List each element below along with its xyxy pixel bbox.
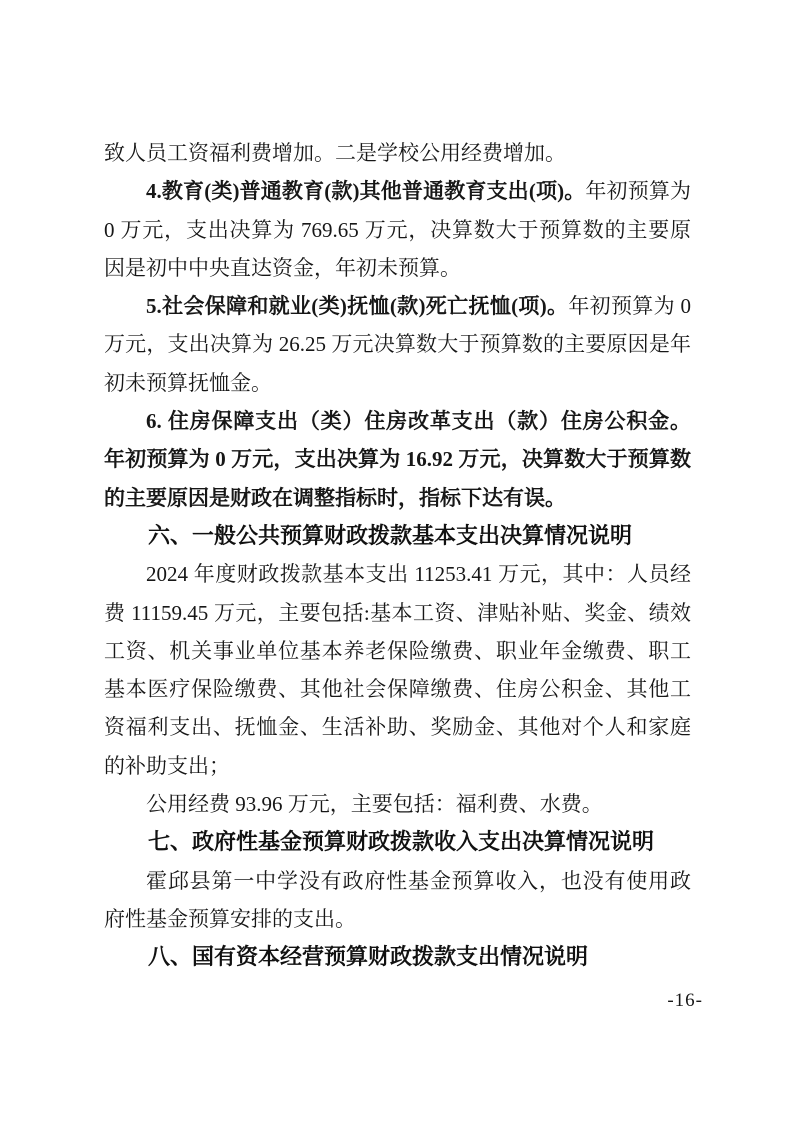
heading-section-six: 六、一般公共预算财政拨款基本支出决算情况说明 bbox=[104, 517, 691, 555]
item6-text: 6. 住房保障支出（类）住房改革支出（款）住房公积金。年初预算为 0 万元，支出… bbox=[104, 409, 691, 510]
heading-section-eight: 八、国有资本经营预算财政拨款支出情况说明 bbox=[104, 938, 691, 976]
paragraph-section-six-1: 2024 年度财政拨款基本支出 11253.41 万元，其中：人员经费 1115… bbox=[104, 555, 691, 785]
paragraph-item5: 5.社会保障和就业(类)抚恤(款)死亡抚恤(项)。年初预算为 0 万元，支出决算… bbox=[104, 287, 691, 402]
paragraph-continuation: 致人员工资福利费增加。二是学校公用经费增加。 bbox=[104, 134, 691, 172]
page-number: -16- bbox=[667, 990, 703, 1012]
document-page: 致人员工资福利费增加。二是学校公用经费增加。 4.教育(类)普通教育(款)其他普… bbox=[0, 0, 793, 1122]
paragraph-section-six-2: 公用经费 93.96 万元，主要包括：福利费、水费。 bbox=[104, 785, 691, 823]
item4-title: 4.教育(类)普通教育(款)其他普通教育支出(项)。 bbox=[146, 179, 585, 203]
paragraph-section-seven-1: 霍邱县第一中学没有政府性基金预算收入，也没有使用政府性基金预算安排的支出。 bbox=[104, 862, 691, 939]
item5-title: 5.社会保障和就业(类)抚恤(款)死亡抚恤(项)。 bbox=[146, 294, 568, 318]
heading-section-seven: 七、政府性基金预算财政拨款收入支出决算情况说明 bbox=[104, 823, 691, 861]
paragraph-item4: 4.教育(类)普通教育(款)其他普通教育支出(项)。年初预算为 0 万元，支出决… bbox=[104, 172, 691, 287]
paragraph-item6: 6. 住房保障支出（类）住房改革支出（款）住房公积金。年初预算为 0 万元，支出… bbox=[104, 402, 691, 517]
document-content: 致人员工资福利费增加。二是学校公用经费增加。 4.教育(类)普通教育(款)其他普… bbox=[104, 134, 691, 977]
